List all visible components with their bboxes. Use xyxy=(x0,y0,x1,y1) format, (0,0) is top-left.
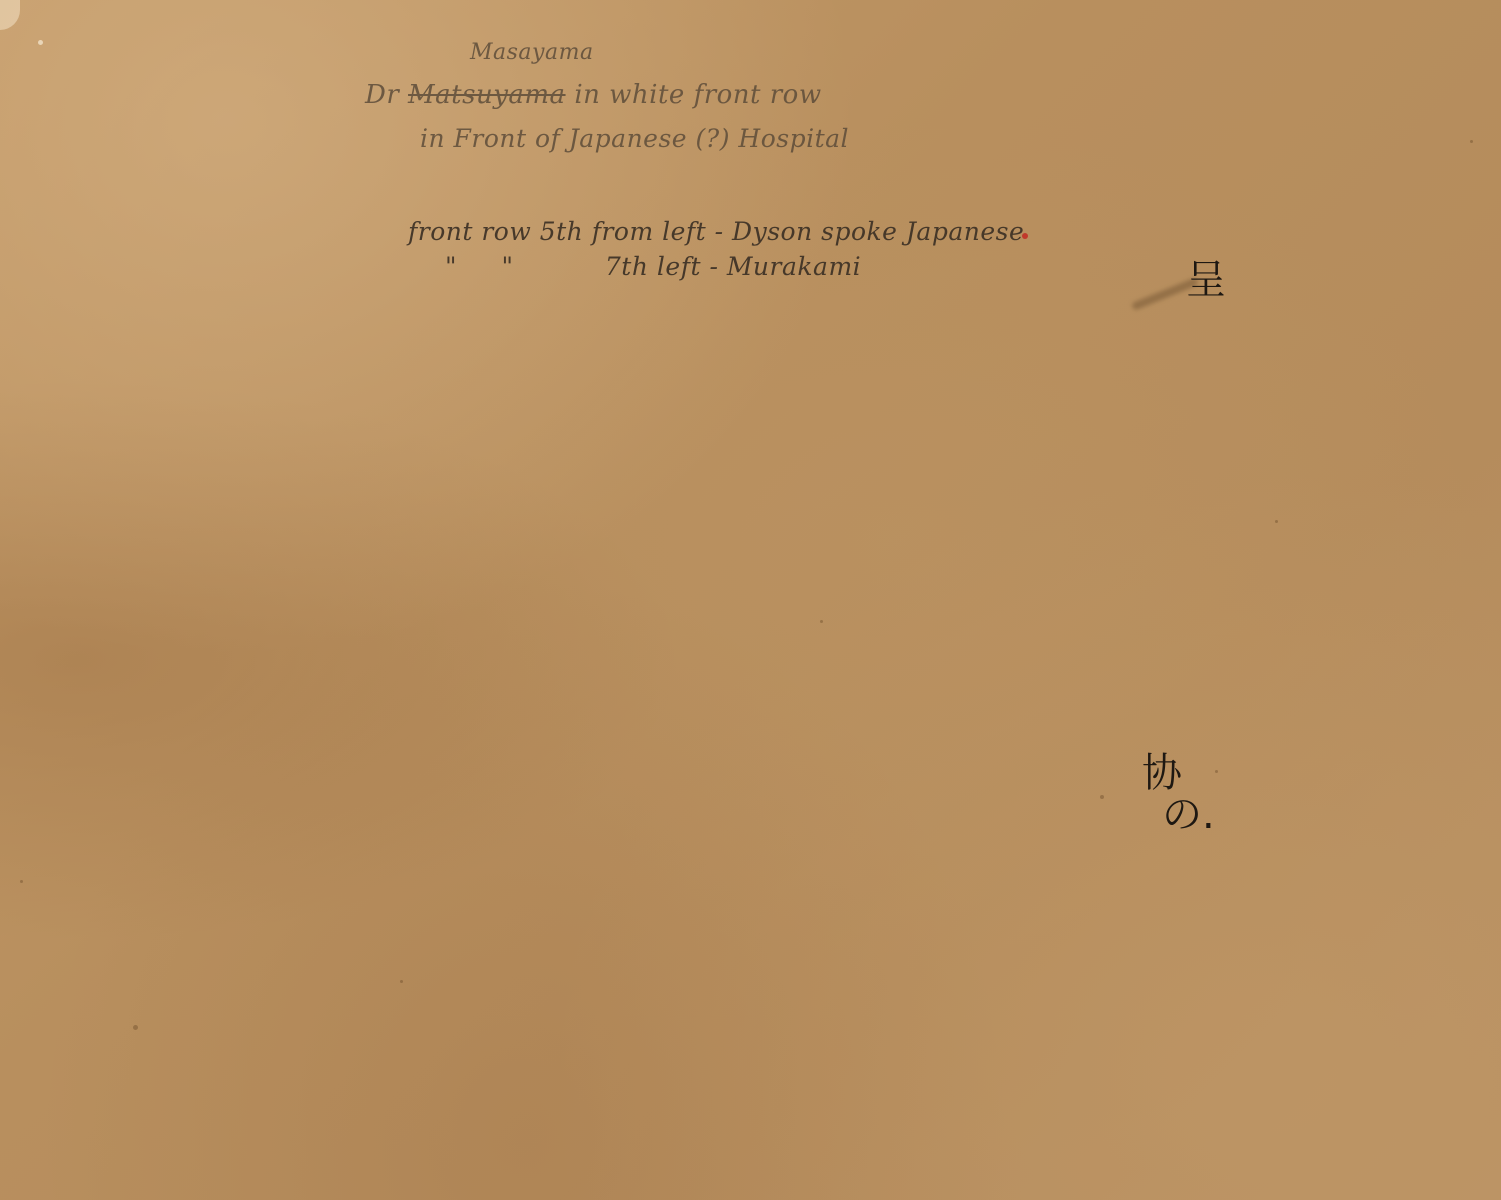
title-prefix: Dr xyxy=(365,80,399,110)
paper-speck xyxy=(1470,140,1473,143)
handwritten-line-5: " " 7th left - Murakami xyxy=(445,252,861,281)
paper-speck xyxy=(133,1025,138,1030)
paper-speck xyxy=(1275,520,1278,523)
handwritten-line-2: Dr Matsuyama in white front row xyxy=(365,80,822,110)
paper-speck xyxy=(400,980,403,983)
paper-speck xyxy=(1215,770,1218,773)
photo-card-verso: Masayama Dr Matsuyama in white front row… xyxy=(0,0,1501,1200)
paper-speck xyxy=(1100,795,1104,799)
correction-text: Masayama xyxy=(470,40,594,65)
handwritten-line-3: in Front of Japanese (?) Hospital xyxy=(420,124,849,153)
ink-character: の. xyxy=(1142,794,1215,836)
handwritten-name-correction: Masayama xyxy=(470,40,594,65)
ditto-mark: " xyxy=(501,252,596,281)
worn-corner xyxy=(0,0,20,30)
ink-character-top-right: 呈 xyxy=(1186,248,1226,305)
ink-character: 协 xyxy=(1142,752,1215,794)
paper-speck xyxy=(38,40,43,45)
ditto-mark: " xyxy=(445,252,493,281)
struck-name: Matsuyama xyxy=(408,80,566,110)
red-ink-dot xyxy=(1022,233,1028,239)
line5-rest: 7th left - Murakami xyxy=(605,252,861,281)
ink-characters-bottom-right: 协 の. xyxy=(1142,752,1215,836)
handwritten-line-4: front row 5th from left - Dyson spoke Ja… xyxy=(408,217,1024,246)
line2-rest: in white front row xyxy=(574,80,821,110)
paper-speck xyxy=(20,880,23,883)
paper-speck xyxy=(820,620,823,623)
